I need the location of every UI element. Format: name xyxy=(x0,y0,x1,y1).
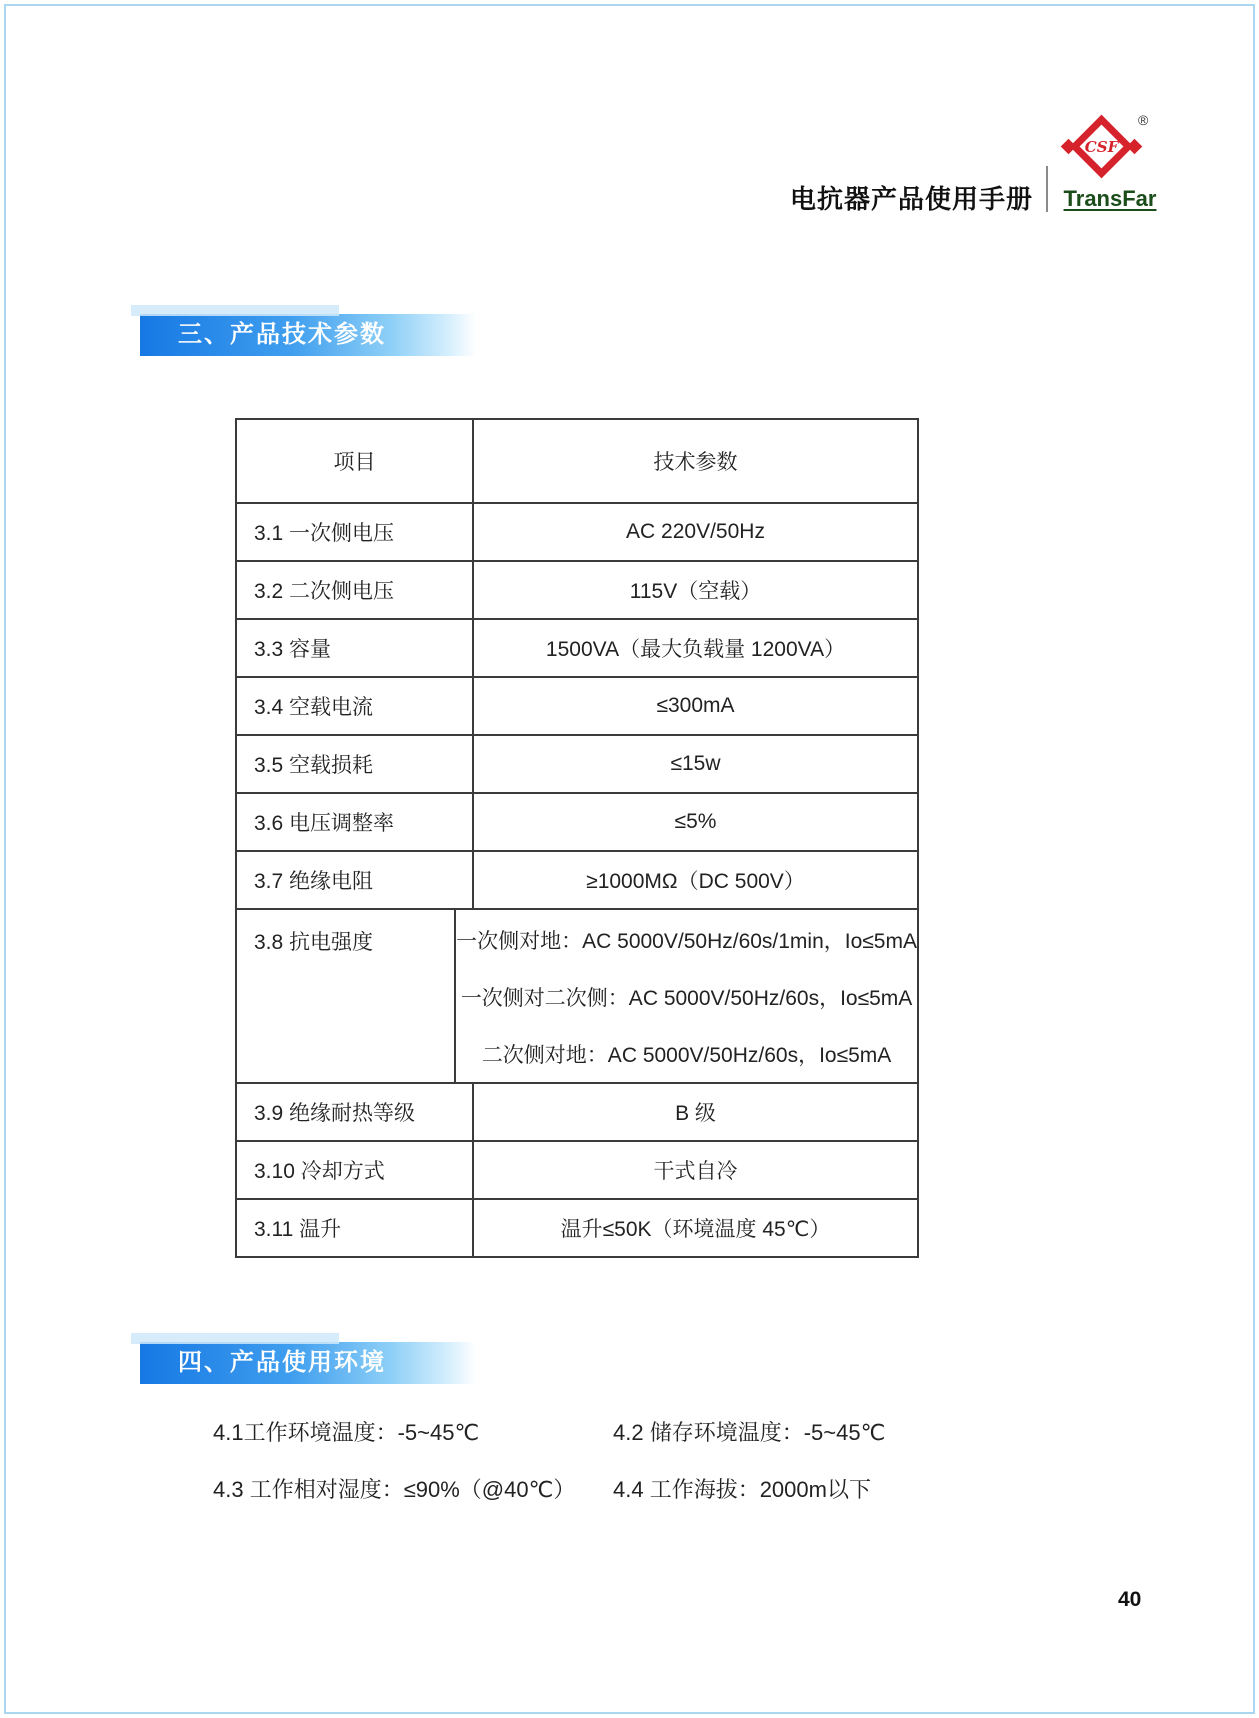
row-value: ≤15w xyxy=(474,736,917,792)
row-value: 1500VA（最大负载量 1200VA） xyxy=(474,620,917,676)
header-divider xyxy=(1046,166,1048,212)
row-value: ≥1000MΩ（DC 500V） xyxy=(474,852,917,908)
table-row: 3.3 容量 1500VA（最大负载量 1200VA） xyxy=(237,620,917,678)
row-item-label: 3.6 电压调整率 xyxy=(237,794,474,850)
row-item-label: 3.4 空载电流 xyxy=(237,678,474,734)
table-row: 3.1 一次侧电压 AC 220V/50Hz xyxy=(237,504,917,562)
table-row: 3.4 空载电流 ≤300mA xyxy=(237,678,917,736)
row-value: 115V（空载） xyxy=(474,562,917,618)
table-row: 3.7 绝缘电阻 ≥1000MΩ（DC 500V） xyxy=(237,852,917,910)
logo-inner-diamond: CSF xyxy=(1080,125,1124,169)
table-row: 3.9 绝缘耐热等级 B 级 xyxy=(237,1084,917,1142)
row-item-label: 3.3 容量 xyxy=(237,620,474,676)
env-item-humidity: 4.3 工作相对湿度：≤90%（@40℃） xyxy=(213,1476,613,1504)
dielectric-line-2: 一次侧对二次侧：AC 5000V/50Hz/60s，Io≤5mA xyxy=(461,970,913,1027)
dielectric-line-1: 一次侧对地：AC 5000V/50Hz/60s/1min，Io≤5mA xyxy=(456,913,917,970)
row-value: 干式自冷 xyxy=(474,1142,917,1198)
env-item-altitude: 4.4 工作海拔：2000m以下 xyxy=(613,1476,871,1504)
env-item-storage-temp: 4.2 储存环境温度：-5~45℃ xyxy=(613,1419,885,1447)
row-item-label: 3.11 温升 xyxy=(237,1200,474,1256)
row-item-label: 3.5 空载损耗 xyxy=(237,736,474,792)
page-number: 40 xyxy=(1118,1588,1141,1612)
transfar-logo: CSF ® TransFar xyxy=(1058,100,1162,214)
row-item-label: 3.8 抗电强度 xyxy=(237,910,456,1082)
row-value: ≤300mA xyxy=(474,678,917,734)
dielectric-line-3: 二次侧对地：AC 5000V/50Hz/60s，Io≤5mA xyxy=(482,1027,892,1084)
row-value-multiline: 一次侧对地：AC 5000V/50Hz/60s/1min，Io≤5mA 一次侧对… xyxy=(456,910,917,1082)
table-row: 3.10 冷却方式 干式自冷 xyxy=(237,1142,917,1200)
table-header-item: 项目 xyxy=(237,420,474,502)
logo-csf-text: CSF xyxy=(1086,131,1117,162)
registered-trademark-icon: ® xyxy=(1138,112,1148,128)
table-row: 3.6 电压调整率 ≤5% xyxy=(237,794,917,852)
environment-list: 4.1工作环境温度：-5~45℃ 4.2 储存环境温度：-5~45℃ 4.3 工… xyxy=(213,1419,1013,1533)
logo-right-diamond-icon xyxy=(1127,139,1143,155)
row-item-label: 3.2 二次侧电压 xyxy=(237,562,474,618)
section-heading-text: 四、产品使用环境 xyxy=(178,1349,386,1376)
logo-diamond-icon: CSF xyxy=(1070,115,1134,179)
section-heading-text: 三、产品技术参数 xyxy=(178,321,386,348)
table-row: 3.11 温升 温升≤50K（环境温度 45℃） xyxy=(237,1200,917,1256)
environment-row: 4.1工作环境温度：-5~45℃ 4.2 储存环境温度：-5~45℃ xyxy=(213,1419,1013,1447)
environment-row: 4.3 工作相对湿度：≤90%（@40℃） 4.4 工作海拔：2000m以下 xyxy=(213,1476,1013,1504)
row-value: B 级 xyxy=(474,1084,917,1140)
table-header-row: 项目 技术参数 xyxy=(237,420,917,504)
row-item-label: 3.7 绝缘电阻 xyxy=(237,852,474,908)
table-header-params: 技术参数 xyxy=(474,420,917,502)
table-row: 3.2 二次侧电压 115V（空载） xyxy=(237,562,917,620)
manual-title: 电抗器产品使用手册 xyxy=(660,179,1033,216)
table-row-dielectric-strength: 3.8 抗电强度 一次侧对地：AC 5000V/50Hz/60s/1min，Io… xyxy=(237,910,917,1084)
row-value: AC 220V/50Hz xyxy=(474,504,917,560)
section-heading-technical-parameters: 三、产品技术参数 xyxy=(140,314,476,356)
row-value: 温升≤50K（环境温度 45℃） xyxy=(474,1200,917,1256)
row-item-label: 3.1 一次侧电压 xyxy=(237,504,474,560)
row-item-label: 3.10 冷却方式 xyxy=(237,1142,474,1198)
table-row: 3.5 空载损耗 ≤15w xyxy=(237,736,917,794)
row-item-label: 3.9 绝缘耐热等级 xyxy=(237,1084,474,1140)
logo-wordmark: TransFar xyxy=(1058,186,1162,212)
section-heading-usage-environment: 四、产品使用环境 xyxy=(140,1342,476,1384)
spec-table: 项目 技术参数 3.1 一次侧电压 AC 220V/50Hz 3.2 二次侧电压… xyxy=(235,418,919,1258)
env-item-operating-temp: 4.1工作环境温度：-5~45℃ xyxy=(213,1419,613,1447)
row-value: ≤5% xyxy=(474,794,917,850)
manual-page: 电抗器产品使用手册 CSF ® TransFar 三、产品技术参数 项目 技术参… xyxy=(0,0,1259,1718)
